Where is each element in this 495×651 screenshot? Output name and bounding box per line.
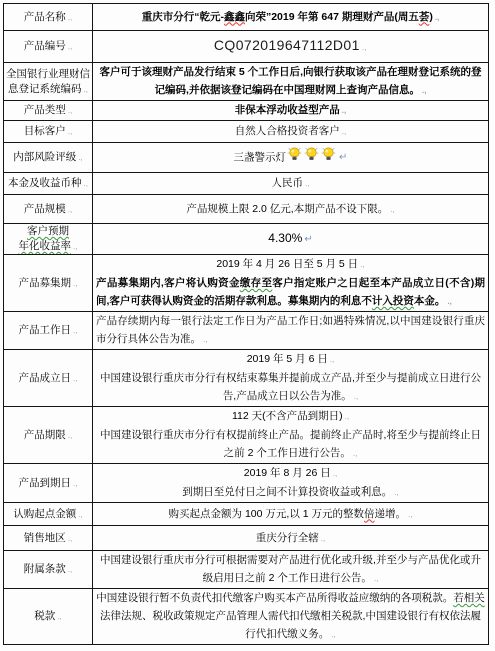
maturity-date-value: 2019 年 8 月 26 日.,到期日至兑付日之间不计算投资收益或利息。.,	[93, 464, 489, 503]
product-type-label: 产品类型.,	[4, 101, 93, 121]
product-term-label: 产品期限.,	[4, 407, 93, 464]
establishment-date-value: 2019 年 5 月 6 日.,中国建设银行重庆市分行有权结束募集并提前成立产品…	[93, 350, 489, 407]
text-run: 若相关	[453, 592, 485, 604]
table-row: 客户预期年化收益率.,4.30%↵	[4, 224, 489, 255]
paragraph: 2019 年 8 月 26 日.,	[96, 464, 485, 483]
label-line: 客户预期	[5, 224, 91, 239]
label-line: 产品规模.,	[5, 202, 91, 217]
text-run: 产品工作日	[19, 324, 72, 336]
registration-code-label: 全国银行业理财信息登记系统编码.,	[4, 63, 93, 101]
label-line: 销售地区.,	[5, 531, 91, 546]
tax-value: 中国建设银行暂不负责代扣代缴客户购买本产品所得收益应缴纳的各项税款。若相关法律法…	[93, 589, 489, 645]
text-run: 产品名称	[24, 11, 66, 23]
cell-end-mark: .,	[435, 13, 439, 22]
text-run: 目标客户	[24, 125, 66, 137]
paragraph: 产品规模上限 2.0 亿元,本期产品不设下限。.,	[96, 200, 485, 219]
cell-end-mark: .,	[354, 392, 358, 401]
table-row: 产品到期日.,2019 年 8 月 26 日.,到期日至兑付日之间不计算投资收益…	[4, 464, 489, 503]
paragraph: 购买起点金额为 100 万元,以 1 万元的整数倍递增。.,	[96, 505, 485, 524]
cell-end-mark: .,	[390, 205, 394, 214]
text-run: 认购起点金额	[13, 508, 76, 520]
text-run: 2019 年 4 月 26 日至 5 月 5 日	[216, 258, 358, 270]
text-run: 中国建设银行暂不负责代扣代缴客户购买本产品所得收益应缴纳的各项税款。	[96, 592, 453, 604]
establishment-date-label: 产品成立日.,	[4, 350, 93, 407]
cell-end-mark: .,	[68, 205, 72, 214]
table-row: 产品成立日.,2019 年 5 月 6 日.,中国建设银行重庆市分行有权结束募集…	[4, 350, 489, 407]
product-scale-value: 产品规模上限 2.0 亿元,本期产品不设下限。.,	[93, 195, 489, 224]
text-run: 倍	[364, 508, 375, 520]
paragraph: 2019 年 4 月 26 日至 5 月 5 日.,	[96, 255, 485, 274]
currency-label: 本金及收益币种.,	[4, 173, 93, 195]
text-run: 产品类型	[24, 104, 66, 116]
fundraising-period-value: 2019 年 4 月 26 日至 5 月 5 日.,产品募集期内,客户将认购资金…	[93, 255, 489, 312]
internal-risk-rating-value: 三盏警示灯↵	[93, 143, 489, 173]
currency-value: 人民币.,	[93, 173, 489, 195]
product-name-value: 重庆市分行“乾元-鑫鑫向荣”2019 年第 647 期理财产品(周五荟).,	[93, 4, 489, 31]
text-run: 产品到期日	[19, 477, 72, 489]
product-type-value: 非保本浮动收益型产品.,	[93, 101, 489, 121]
table-row: 产品规模.,产品规模上限 2.0 亿元,本期产品不设下限。.,	[4, 195, 489, 224]
maturity-date-label: 产品到期日.,	[4, 464, 93, 503]
tax-label: 税款.,	[4, 589, 93, 645]
label-line: 产品成立日.,	[5, 371, 91, 386]
cell-end-mark: .,	[305, 179, 309, 188]
paragraph: 到期日至兑付日之间不计算投资收益或利息。.,	[96, 483, 485, 502]
additional-terms-label: 附属条款.,	[4, 551, 93, 589]
table-row: 本金及收益币种.,人民币.,	[4, 173, 489, 195]
cell-end-mark: .,	[73, 479, 77, 488]
text-run: 产品期限	[24, 429, 66, 441]
text-run: 全国银行业理财信	[6, 68, 90, 80]
paragraph: 中国建设银行重庆市分行有权结束募集并提前成立产品,并至少与提前成立日进行公告,产…	[96, 369, 485, 406]
paragraph: 人民币.,	[96, 174, 485, 193]
text-run: 附属条款	[24, 563, 66, 575]
cell-end-mark: .,	[203, 335, 207, 344]
paragraph: 中国建设银行重庆市分行可根据需要对产品进行优化或升级,并至少与产品优化或升级启用…	[96, 551, 485, 588]
paragraph: 产品募集期内,客户将认购资金缴存至客户指定账户之日起至本产品成立日(不含)期间,…	[96, 274, 485, 311]
table-row: 产品名称.,重庆市分行“乾元-鑫鑫向荣”2019 年第 647 期理财产品(周五…	[4, 4, 489, 31]
paragraph: 客户可于该理财产品发行结束 5 个工作日后,向银行获取该产品在理财登记系统的登记…	[96, 63, 485, 100]
product-code-label: 产品编号.,	[4, 31, 93, 63]
label-line: 目标客户.,	[5, 124, 91, 139]
text-run: 客户预期	[27, 225, 69, 237]
text-run: 年化收益率	[19, 240, 72, 252]
cell-end-mark: .,	[345, 412, 349, 421]
text-run: 荟	[419, 11, 430, 23]
table-row: 销售地区.,重庆分行全辖.,	[4, 526, 489, 551]
label-line: 本金及收益币种.,	[5, 176, 91, 191]
sales-region-value: 重庆分行全辖.,	[93, 526, 489, 551]
product-table-body: 产品名称.,重庆市分行“乾元-鑫鑫向荣”2019 年第 647 期理财产品(周五…	[4, 4, 489, 645]
paragraph: 中国建设银行暂不负责代扣代缴客户购买本产品所得收益应缴纳的各项税款。若相关法律法…	[96, 589, 485, 644]
label-line: 产品名称.,	[5, 10, 91, 25]
cell-end-mark: .,	[321, 534, 325, 543]
text-run: 中国建设银行重庆市分行有权结束募集并提前成立产品,并至少与提前成立日进行公告,产…	[100, 372, 481, 402]
paragraph: 中国建设银行重庆市分行有权提前终止产品。提前终止产品时,将至少与提前终止日之前 …	[96, 426, 485, 463]
text-run: 产品规模	[24, 203, 66, 215]
label-line: 税款.,	[5, 609, 91, 624]
cell-end-mark: .,	[73, 242, 77, 251]
label-line: 产品到期日.,	[5, 476, 91, 491]
table-row: 产品类型.,非保本浮动收益型产品.,	[4, 101, 489, 121]
sales-region-label: 销售地区.,	[4, 526, 93, 551]
target-customer-value: 自然人合格投资者客户.,	[93, 121, 489, 143]
paragraph: 自然人合格投资者客户.,	[96, 122, 485, 141]
cell-end-mark: .,	[422, 86, 426, 95]
text-run: 4.30%	[268, 231, 302, 245]
fundraising-period-label: 产品募集期.,	[4, 255, 93, 312]
text-run: 向荣”2019 年第 647 期理财产品(周五	[245, 11, 419, 23]
cell-end-mark: .,	[84, 85, 88, 94]
cell-end-mark: .,	[68, 565, 72, 574]
cell-end-mark: .,	[362, 43, 367, 52]
table-row: 税款.,中国建设银行暂不负责代扣代缴客户购买本产品所得收益应缴纳的各项税款。若相…	[4, 589, 489, 645]
paragraph: 2019 年 5 月 6 日.,	[96, 350, 485, 369]
cell-end-mark: .,	[68, 13, 72, 22]
product-term-value: 112 天(不含产品到期日).,中国建设银行重庆市分行有权提前终止产品。提前终止…	[93, 407, 489, 464]
product-table: 产品名称.,重庆市分行“乾元-鑫鑫向荣”2019 年第 647 期理财产品(周五…	[3, 3, 489, 645]
label-line: 产品募集期.,	[5, 276, 91, 291]
text-run: CQ072019647112D01	[214, 37, 360, 53]
warning-light-icon	[287, 146, 302, 167]
soft-return-mark: ↵	[304, 234, 312, 245]
product-code-value: CQ072019647112D01.,	[93, 31, 489, 63]
paragraph: 产品存续期内每一银行法定工作日为产品工作日;如遇特殊情况,以中国建设银行重庆市分…	[96, 312, 485, 349]
cell-end-mark: .,	[78, 510, 82, 519]
text-run: 销售地区	[24, 532, 66, 544]
label-line: 附属条款.,	[5, 562, 91, 577]
paragraph: 重庆分行全辖.,	[96, 529, 485, 548]
table-row: 产品期限.,112 天(不含产品到期日).,中国建设银行重庆市分行有权提前终止产…	[4, 407, 489, 464]
text-run: 中国建设银行重庆市分行有权提前终止产品。提前终止产品时,将至少与提前终止日之前 …	[100, 429, 481, 459]
table-row: 附属条款.,中国建设银行重庆市分行可根据需要对产品进行优化或升级,并至少与产品优…	[4, 551, 489, 589]
label-line: 认购起点金额.,	[5, 507, 91, 522]
min-purchase-amount-label: 认购起点金额.,	[4, 503, 93, 526]
text-run: 法律法规、税收政策规定产品管理人需代扣代缴相关税款,中国建设银行有权依法履行代扣…	[100, 610, 481, 640]
expected-yield-value: 4.30%↵	[93, 224, 489, 255]
text-run: 内部风险评级	[13, 151, 76, 163]
text-run: 鑫鑫	[224, 11, 245, 23]
cell-end-mark: .,	[342, 127, 346, 136]
label-line: 产品类型.,	[5, 103, 91, 118]
document-page: 产品名称.,重庆市分行“乾元-鑫鑫向荣”2019 年第 647 期理财产品(周五…	[0, 0, 495, 651]
cell-end-mark: .,	[73, 279, 77, 288]
soft-return-mark: ↵	[339, 152, 347, 163]
cell-end-mark: .,	[331, 630, 335, 639]
product-workday-label: 产品工作日.,	[4, 312, 93, 350]
text-run: 产品成立日	[19, 372, 72, 384]
text-run: 递增。	[375, 508, 407, 520]
text-run: 产品募集期	[19, 277, 72, 289]
cell-end-mark: .,	[68, 42, 72, 51]
warning-light-icon	[321, 146, 336, 167]
text-run: )	[429, 11, 433, 23]
text-run: 计入投资	[372, 295, 414, 307]
cell-end-mark: .,	[333, 469, 337, 478]
paragraph: 非保本浮动收益型产品.,	[96, 101, 485, 120]
cell-end-mark: .,	[78, 153, 82, 162]
cell-end-mark: .,	[57, 612, 61, 621]
expected-yield-label: 客户预期年化收益率.,	[4, 224, 93, 255]
table-row: 产品工作日.,产品存续期内每一银行法定工作日为产品工作日;如遇特殊情况,以中国建…	[4, 312, 489, 350]
text-run: 到期日至兑付日之间不计算投资收益或利息。	[182, 486, 392, 498]
text-run: 产品存续期内每一银行法定工作日为产品工作日;如遇特殊情况,以中国建设银行重庆市分…	[96, 315, 485, 345]
text-run: 2019 年 8 月 26 日	[244, 467, 331, 479]
paragraph: 三盏警示灯↵	[96, 146, 485, 169]
table-row: 产品编号.,CQ072019647112D01.,	[4, 31, 489, 63]
cell-end-mark: .,	[68, 127, 72, 136]
label-line: 内部风险评级.,	[5, 150, 91, 165]
label-line: 息登记系统编码.,	[5, 82, 91, 97]
table-row: 认购起点金额.,购买起点金额为 100 万元,以 1 万元的整数倍递增。.,	[4, 503, 489, 526]
table-row: 产品募集期.,2019 年 4 月 26 日至 5 月 5 日.,产品募集期内,…	[4, 255, 489, 312]
label-line: 产品期限.,	[5, 428, 91, 443]
warning-light-icon	[304, 146, 319, 167]
paragraph: 112 天(不含产品到期日).,	[96, 407, 485, 426]
text-run: 息登记系统编码	[8, 83, 82, 95]
cell-end-mark: .,	[408, 510, 412, 519]
label-line: 产品工作日.,	[5, 323, 91, 338]
cell-end-mark: .,	[68, 534, 72, 543]
cell-end-mark: .,	[73, 326, 77, 335]
label-line: 全国银行业理财信	[5, 67, 91, 82]
text-run: 重庆市分行“乾元-	[142, 11, 224, 23]
cell-end-mark: .,	[360, 260, 364, 269]
text-run: 自然人合格投资者客户	[235, 125, 340, 137]
internal-risk-rating-label: 内部风险评级.,	[4, 143, 93, 173]
cell-end-mark: .,	[342, 106, 346, 115]
label-line: 年化收益率.,	[5, 239, 91, 254]
paragraph: 4.30%↵	[96, 229, 485, 249]
cell-end-mark: .,	[84, 179, 88, 188]
product-scale-label: 产品规模.,	[4, 195, 93, 224]
paragraph: CQ072019647112D01.,	[96, 36, 485, 57]
text-run: 产品规模上限 2.0 亿元,本期产品不设下限。	[186, 203, 388, 215]
text-run: 2019 年 5 月 6 日	[247, 353, 328, 365]
registration-code-value: 客户可于该理财产品发行结束 5 个工作日后,向银行获取该产品在理财登记系统的登记…	[93, 63, 489, 101]
cell-end-mark: .,	[394, 488, 398, 497]
min-purchase-amount-value: 购买起点金额为 100 万元,以 1 万元的整数倍递增。.,	[93, 503, 489, 526]
text-run: 产品编号	[24, 40, 66, 52]
paragraph: 重庆市分行“乾元-鑫鑫向荣”2019 年第 647 期理财产品(周五荟).,	[96, 8, 485, 27]
cell-end-mark: .,	[73, 374, 77, 383]
text-run: 人民币	[272, 177, 304, 189]
text-run: 缴存至	[240, 277, 272, 289]
cell-end-mark: .,	[68, 431, 72, 440]
text-run: 本金。	[414, 295, 446, 307]
cell-end-mark: .,	[353, 449, 357, 458]
text-run: 三盏警示灯	[234, 151, 287, 163]
table-row: 全国银行业理财信息登记系统编码.,客户可于该理财产品发行结束 5 个工作日后,向…	[4, 63, 489, 101]
text-run: 112 天(不含产品到期日)	[232, 410, 343, 422]
text-run: 非保本浮动收益型产品	[235, 104, 340, 116]
text-run: 购买起点金额为 100 万元,以 1 万元的整数	[169, 508, 364, 520]
label-line: 产品编号.,	[5, 39, 91, 54]
cell-end-mark: .,	[330, 355, 334, 364]
cell-end-mark: .,	[68, 106, 72, 115]
text-run: 重庆分行全辖	[256, 532, 319, 544]
text-run: 中国建设银行重庆市分行可根据需要对产品进行优化或升级,并至少与产品优化或升级启用…	[100, 554, 481, 584]
text-run: 税款	[34, 610, 55, 622]
product-name-label: 产品名称.,	[4, 4, 93, 31]
text-run: 本金及收益币种	[8, 177, 82, 189]
target-customer-label: 目标客户.,	[4, 121, 93, 143]
table-row: 内部风险评级.,三盏警示灯↵	[4, 143, 489, 173]
text-run: 产品募集期内,客户将认购资金	[96, 277, 240, 289]
product-workday-value: 产品存续期内每一银行法定工作日为产品工作日;如遇特殊情况,以中国建设银行重庆市分…	[93, 312, 489, 350]
cell-end-mark: .,	[447, 297, 451, 306]
additional-terms-value: 中国建设银行重庆市分行可根据需要对产品进行优化或升级,并至少与产品优化或升级启用…	[93, 551, 489, 589]
cell-end-mark: .,	[374, 574, 378, 583]
table-row: 目标客户.,自然人合格投资者客户.,	[4, 121, 489, 143]
